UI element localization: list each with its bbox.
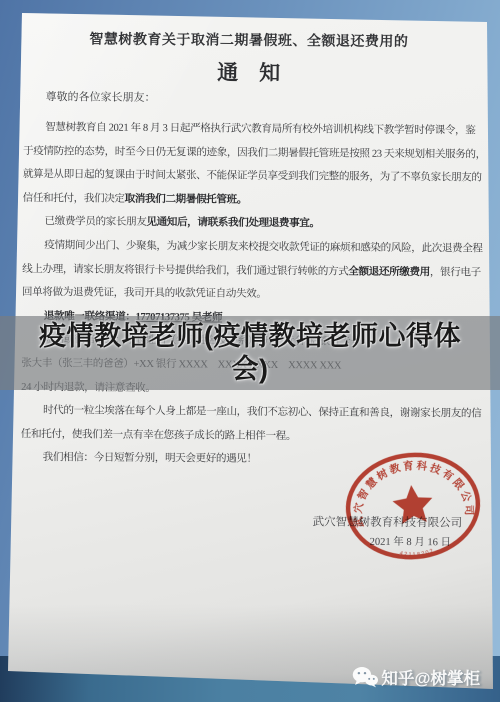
text-run: 取消我们二期暑假托管班。 bbox=[125, 194, 247, 206]
salutation: 尊敬的各位家长朋友： bbox=[23, 90, 473, 108]
notice-header-line: 智慧树教育关于取消二期暑假班、全额退还费用的 bbox=[24, 30, 474, 54]
notice-line: 线上办理，请家长朋友将银行卡号提供给我们，我们通过银行转帐的方式全额退还所缴费用… bbox=[22, 258, 472, 285]
seal-star-icon bbox=[391, 483, 434, 524]
notice-line: 回单将做为退费凭证，我司开具的收款凭证自动失效。 bbox=[22, 281, 472, 308]
notice-title: 通 知 bbox=[24, 58, 474, 88]
text-run: 于疫情防控的态势，时至今日仍无复课的迹象，因我们二期暑假托管班是按照 23 天来… bbox=[23, 146, 486, 161]
text-run: 智慧树教育自 2021 年 8 月 3 日起严格执行武穴教育局所有校外培训机构线… bbox=[45, 122, 475, 136]
watermark: 知乎@树掌柜 bbox=[352, 665, 480, 689]
wechat-icon bbox=[352, 666, 378, 688]
watermark-text: 知乎@树掌柜 bbox=[381, 665, 480, 689]
text-run: 就算是从即日起的复课由于时间太紧张、不能保证学员享受到我们完整的服务，为了不辜负… bbox=[23, 169, 482, 184]
notice-line: 于疫情防控的态势，时至今日仍无复课的迹象，因我们二期暑假托管班是按照 23 天来… bbox=[23, 140, 473, 167]
notice-line: 智慧树教育自 2021 年 8 月 3 日起严格执行武穴教育局所有校外培训机构线… bbox=[23, 116, 473, 143]
text-run: 回单将做为退费凭证，我司开具的收款凭证自动失效。 bbox=[22, 287, 267, 300]
text-run: 时代的一粒尘埃落在每个人身上都是一座山，我们不忘初心、保持正直和善良，谢谢家长朋… bbox=[43, 405, 481, 419]
text-run: 任和托付，使我们差一点有幸在您孩子成长的路上相伴一程。 bbox=[21, 429, 296, 442]
notice-line: 时代的一粒尘埃落在每个人身上都是一座山，我们不忘初心、保持正直和善良，谢谢家长朋… bbox=[21, 399, 471, 426]
notice-line: 信任和托付，我们决定取消我们二期暑假托管班。 bbox=[23, 187, 473, 214]
text-run: 全额退还所缴费用 bbox=[348, 266, 430, 278]
notice-line: 就算是从即日起的复课由于时间太紧张、不能保证学员享受到我们完整的服务，为了不辜负… bbox=[23, 163, 473, 190]
company-seal: 武穴智慧树教育科技有限公司 42118202 bbox=[333, 438, 493, 575]
text-run: 疫情期间少出门、少聚集，为减少家长朋友来校提交收款凭证的麻烦和感染的风险，此次退… bbox=[44, 240, 482, 254]
photo-of-notice: 智慧树教育关于取消二期暑假班、全额退还费用的 通 知 尊敬的各位家长朋友： 智慧… bbox=[0, 0, 500, 702]
headline-line1: 疫情教培老师(疫情教培老师心得体 bbox=[0, 320, 500, 353]
headline-overlay: 疫情教培老师(疫情教培老师心得体 会) bbox=[0, 316, 500, 390]
text-run: ，银行电子 bbox=[430, 267, 481, 278]
text-run: 已缴费学员的家长朋友 bbox=[44, 217, 146, 229]
headline-line2: 会) bbox=[0, 353, 500, 386]
text-run: 我们相信：今日短暂分别，明天会更好的遇见！ bbox=[43, 452, 257, 465]
text-run: 信任和托付，我们决定 bbox=[23, 193, 125, 205]
notice-line: 已缴费学员的家长朋友见通知后，请联系我们处理退费事宜。 bbox=[22, 210, 472, 237]
notice-body: 智慧树教育自 2021 年 8 月 3 日起严格执行武穴教育局所有校外培训机构线… bbox=[21, 116, 474, 473]
notice-line: 疫情期间少出门、少聚集，为减少家长朋友来校提交收款凭证的麻烦和感染的风险，此次退… bbox=[22, 234, 472, 261]
text-run: 见通知后，请联系我们处理退费事宜。 bbox=[146, 217, 319, 229]
text-run: 线上办理，请家长朋友将银行卡号提供给我们，我们通过银行转帐的方式 bbox=[22, 264, 348, 278]
